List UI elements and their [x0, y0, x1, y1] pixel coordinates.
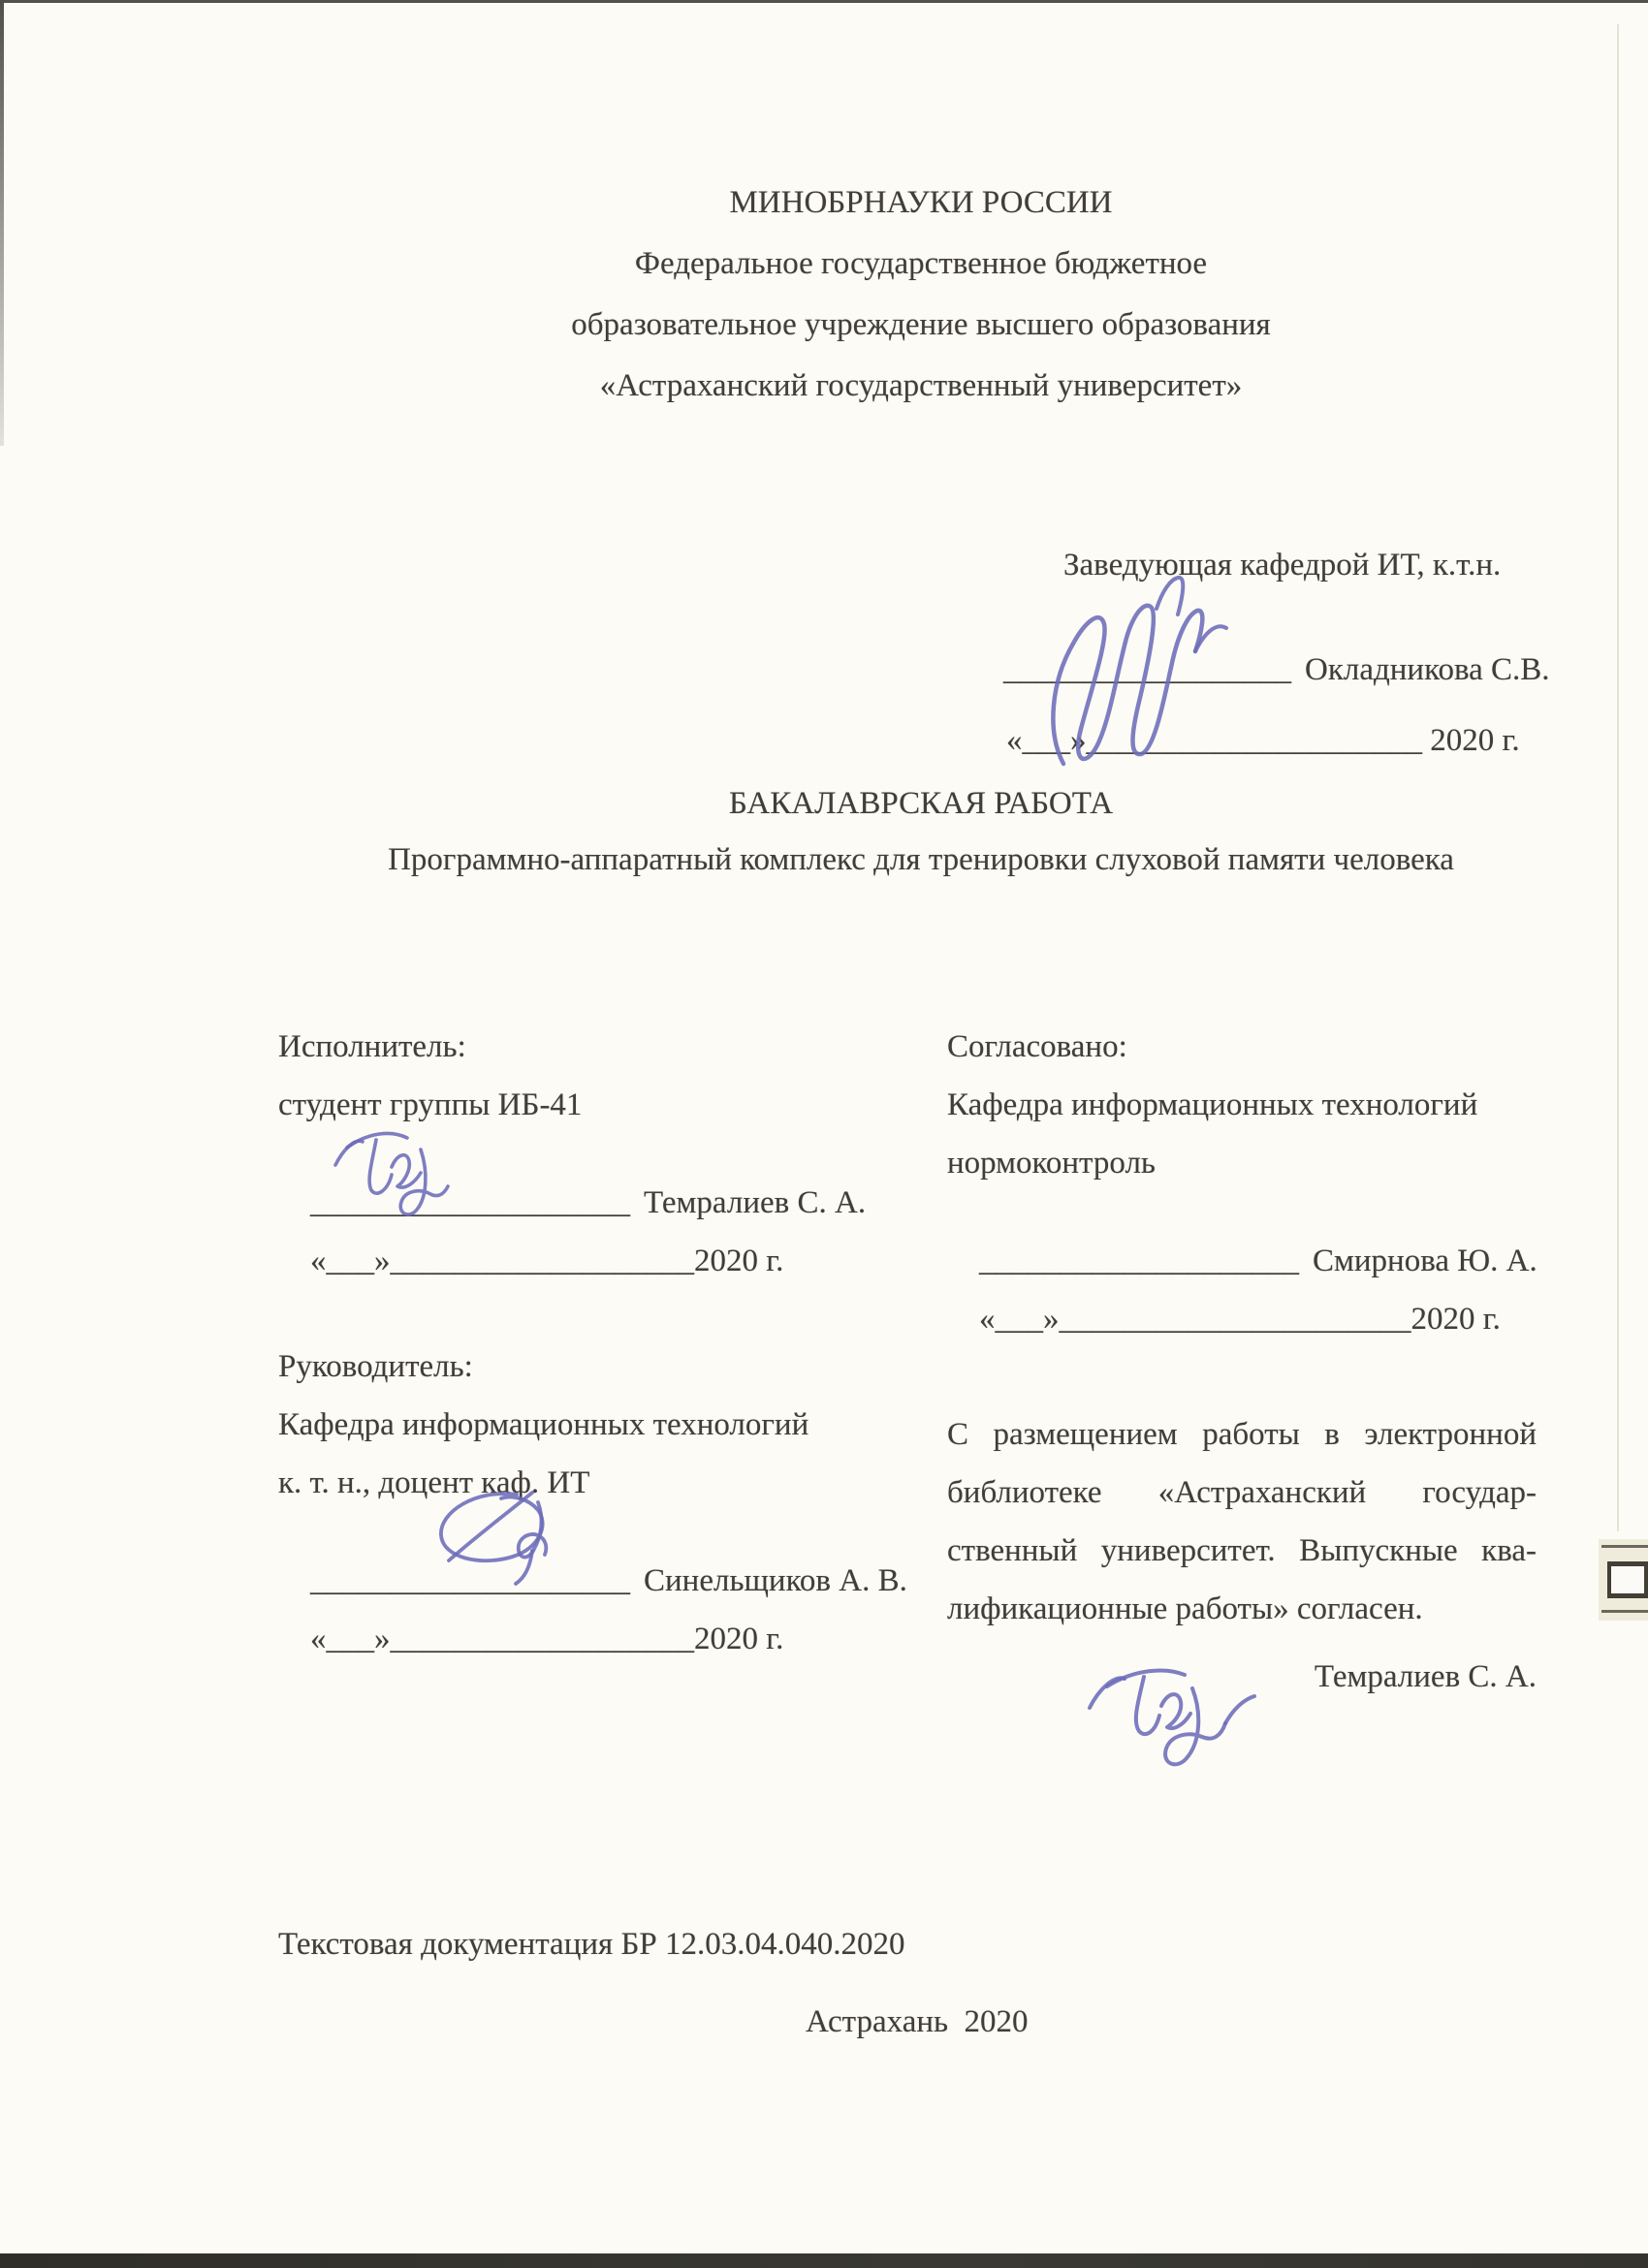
ministry-line: МИНОБРНАУКИ РОССИИ [281, 173, 1561, 234]
supervisor-date-line: «___»___________________2020 г. [278, 1580, 783, 1700]
scanned-document-page: МИНОБРНАУКИ РОССИИ Федеральное государст… [0, 0, 1648, 2268]
agreed-date-line: «___»______________________2020 г. [947, 1260, 1501, 1380]
scan-artifact-tab-bottom-line [1601, 1610, 1648, 1613]
work-title-block: БАКАЛАВРСКАЯ РАБОТА Программно-аппаратны… [281, 775, 1561, 888]
executor-date-quotes: «___» [310, 1244, 391, 1278]
agreed-label: Согласовано: [947, 1027, 1127, 1067]
scan-artifact-bottom-edge [0, 2253, 1648, 2268]
agreed-date-blank: ______________________ [1060, 1302, 1411, 1337]
org-line-1: Федеральное государственное бюджетное [281, 234, 1561, 295]
document-code: Текстовая документация БР 12.03.04.040.2… [278, 1925, 905, 1965]
supervisor-date-quotes: «___» [310, 1622, 391, 1656]
sinelshchikov-signature [422, 1483, 582, 1590]
temraliev-executor-signature [330, 1107, 460, 1221]
org-line-3: «Астраханский государственный университе… [281, 356, 1561, 417]
agreed-date-year: 2020 г. [1411, 1302, 1501, 1337]
work-subject: Программно-аппаратный комплекс для трени… [281, 832, 1561, 888]
scan-artifact-left-edge [0, 0, 4, 446]
consent-line-1: С размещением работы в электронной [947, 1415, 1537, 1455]
agreed-date-quotes: «___» [979, 1302, 1060, 1337]
consent-line-2: библиотеке «Астраханский государ- [947, 1473, 1537, 1513]
executor-date-blank: ___________________ [391, 1244, 695, 1278]
org-line-2: образовательное учреждение высшего образ… [281, 295, 1561, 356]
supervisor-date-blank: ___________________ [391, 1622, 695, 1656]
consent-line-3: ственный университет. Выпускные ква- [947, 1531, 1537, 1571]
university-header: МИНОБРНАУКИ РОССИИ Федеральное государст… [281, 173, 1561, 417]
approval-date-year: 2020 г. [1422, 723, 1520, 758]
supervisor-department: Кафедра информационных технологий [278, 1405, 808, 1445]
scan-artifact-top-edge [0, 0, 1648, 3]
scan-artifact-right-seam [1617, 24, 1619, 1531]
agreed-role: нормоконтроль [947, 1144, 1156, 1183]
agreed-department: Кафедра информационных технологий [947, 1086, 1477, 1125]
executor-label: Исполнитель: [278, 1027, 466, 1067]
work-type: БАКАЛАВРСКАЯ РАБОТА [281, 775, 1561, 832]
scan-artifact-tab-top-line [1601, 1545, 1648, 1548]
consent-line-4: лификационные работы» согласен. [947, 1590, 1537, 1629]
executor-date-year: 2020 г. [694, 1244, 783, 1278]
scan-artifact-tab-rectangle [1607, 1561, 1648, 1598]
supervisor-date-year: 2020 г. [694, 1622, 783, 1656]
okladnikova-signature [1042, 574, 1231, 768]
city-year-line: Астрахань 2020 [806, 2002, 1029, 2042]
supervisor-label: Руководитель: [278, 1347, 473, 1387]
temraliev-consent-signature [1084, 1646, 1263, 1777]
